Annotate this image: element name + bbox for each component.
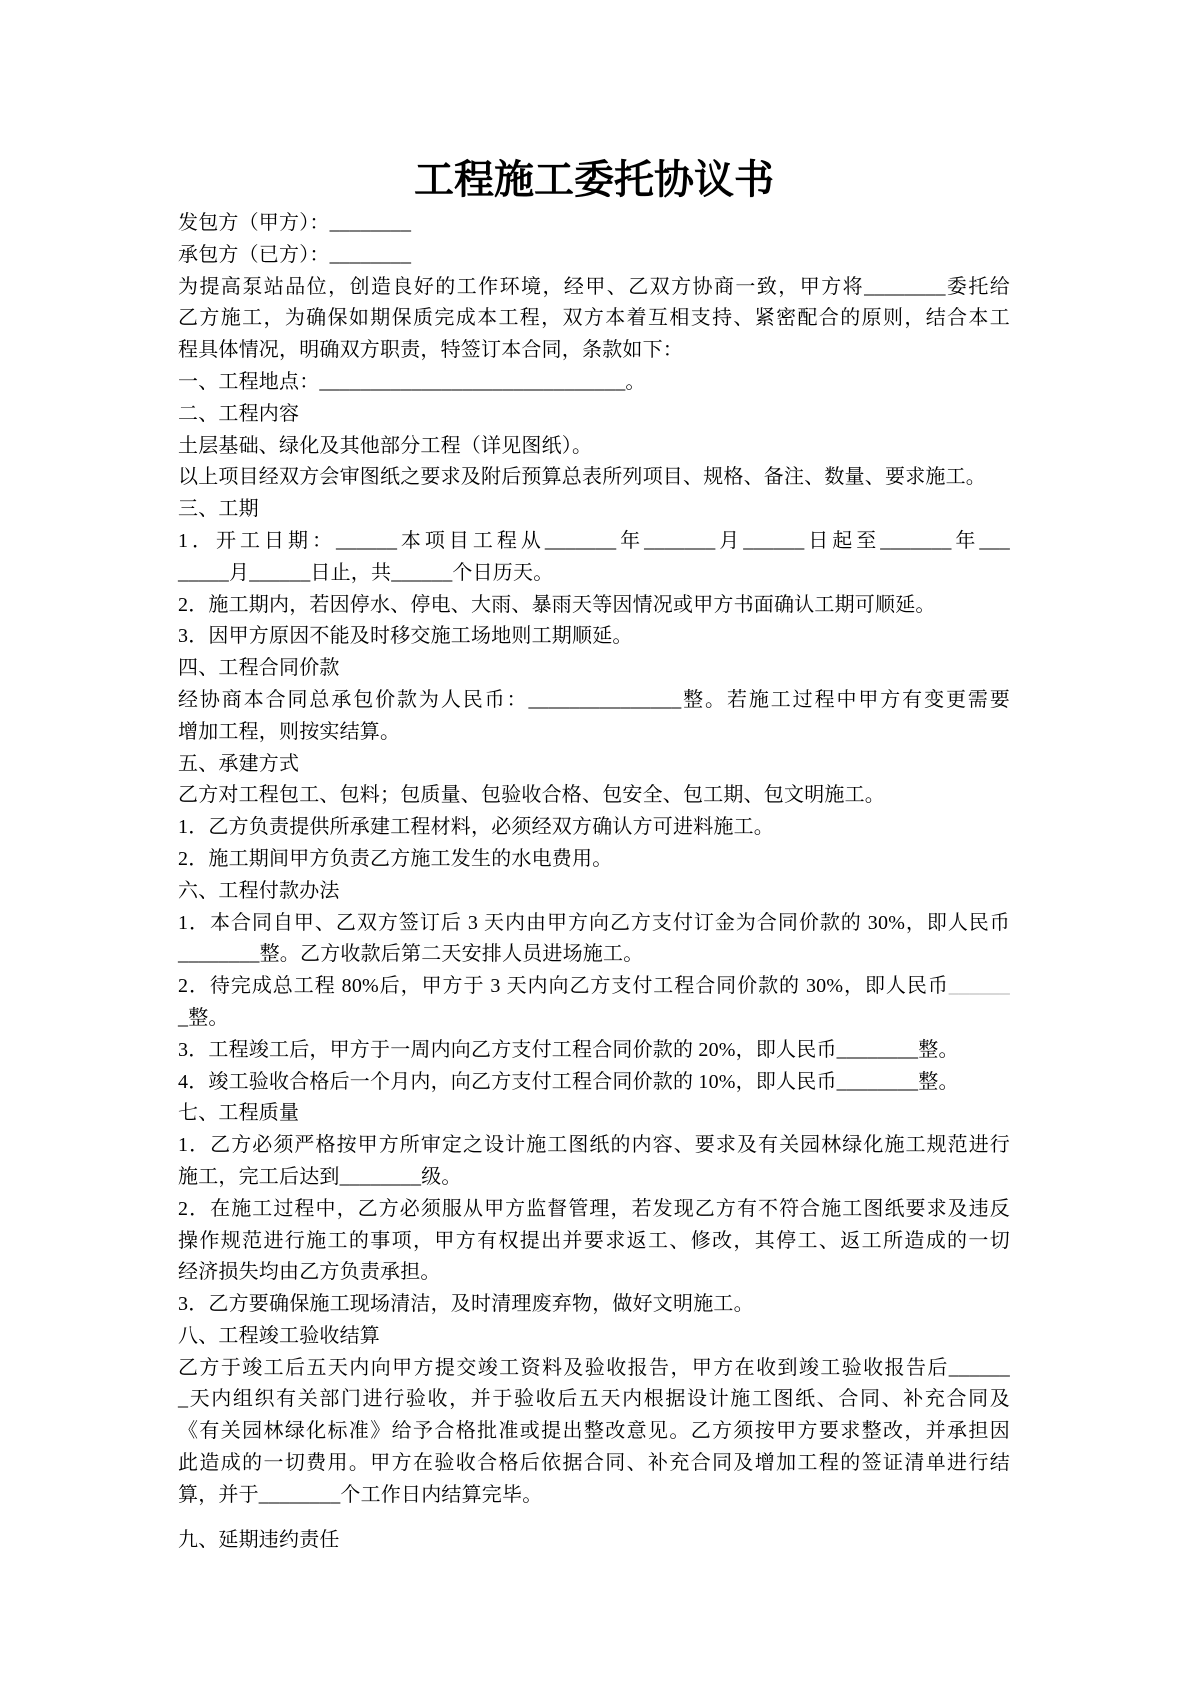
contract-line-text: 经协商本合同总承包价款为人民币：_______________整。若施工过程中甲…: [178, 689, 1010, 711]
contract-line-text: ________整。乙方收款后第二天安排人员进场施工。: [178, 943, 643, 965]
contract-line: 土层基础、绿化及其他部分工程（详见图纸）。: [178, 431, 1010, 463]
contract-line: 增加工程，则按实结算。: [178, 717, 1010, 749]
contract-line: 七、工程质量: [178, 1098, 1010, 1130]
contract-line-text: 《有关园林绿化标准》给予合格批准或提出整改意见。乙方须按甲方要求整改，并承担因: [178, 1420, 1010, 1442]
contract-line-text: _天内组织有关部门进行验收，并于验收后五天内根据设计施工图纸、合同、补充合同及: [178, 1388, 1010, 1410]
contract-line-text: 六、工程付款办法: [178, 880, 340, 902]
contract-line-text: 2．待完成总工程 80%后，甲方于 3 天内向乙方支付工程合同价款的 30%，即…: [178, 975, 949, 997]
contract-line: 程具体情况，明确双方职责，特签订本合同，条款如下：: [178, 335, 1010, 367]
document-page: 工程施工委托协议书 发包方（甲方）：________承包方（已方）：______…: [0, 0, 1190, 1683]
contract-line: ________整。乙方收款后第二天安排人员进场施工。: [178, 939, 1010, 971]
contract-line-text: 1．开工日期：______本项目工程从_______年_______月_____…: [178, 530, 1010, 552]
contract-line-text: 操作规范进行施工的事项，甲方有权提出并要求返工、修改，其停工、返工所造成的一切: [178, 1230, 1010, 1252]
contract-line: _____月______日止，共______个日历天。: [178, 558, 1010, 590]
contract-line-text: 1．本合同自甲、乙双方签订后 3 天内由甲方向乙方支付订金为合同价款的 30%，…: [178, 912, 1010, 934]
contract-line-text: 3．因甲方原因不能及时移交施工场地则工期顺延。: [178, 625, 633, 647]
contract-line: 2．施工期间甲方负责乙方施工发生的水电费用。: [178, 844, 1010, 876]
contract-line-text: 3．乙方要确保施工现场清洁，及时清理废弃物，做好文明施工。: [178, 1293, 754, 1315]
contract-line: 四、工程合同价款: [178, 653, 1010, 685]
contract-line: 一、工程地点：______________________________。: [178, 367, 1010, 399]
contract-line-text: 此造成的一切费用。甲方在验收合格后依据合同、补充合同及增加工程的签证清单进行结: [178, 1452, 1010, 1474]
contract-line: _整。: [178, 1003, 1010, 1035]
contract-line-text: 土层基础、绿化及其他部分工程（详见图纸）。: [178, 435, 592, 457]
contract-line: 1．乙方负责提供所承建工程材料，必须经双方确认方可进料施工。: [178, 812, 1010, 844]
contract-line-text: 为提高泵站品位，创造良好的工作环境，经甲、乙双方协商一致，甲方将________…: [178, 276, 1010, 298]
contract-line-text: 承包方（已方）：________: [178, 244, 411, 266]
contract-line-text: 2．在施工过程中，乙方必须服从甲方监督管理，若发现乙方有不符合施工图纸要求及违反: [178, 1198, 1010, 1220]
contract-line: 九、延期违约责任: [178, 1525, 1010, 1557]
contract-line: 承包方（已方）：________: [178, 240, 1010, 272]
contract-line-text: _整。: [178, 1007, 229, 1029]
contract-line: 3．因甲方原因不能及时移交施工场地则工期顺延。: [178, 621, 1010, 653]
contract-line: 此造成的一切费用。甲方在验收合格后依据合同、补充合同及增加工程的签证清单进行结: [178, 1448, 1010, 1480]
contract-line: 1．本合同自甲、乙双方签订后 3 天内由甲方向乙方支付订金为合同价款的 30%，…: [178, 908, 1010, 940]
contract-line: 2．待完成总工程 80%后，甲方于 3 天内向乙方支付工程合同价款的 30%，即…: [178, 971, 1010, 1003]
contract-line: 五、承建方式: [178, 749, 1010, 781]
contract-line-text: 2．施工期内，若因停水、停电、大雨、暴雨天等因情况或甲方书面确认工期可顺延。: [178, 594, 936, 616]
contract-line-text: 程具体情况，明确双方职责，特签订本合同，条款如下：: [178, 339, 683, 361]
contract-line: 三、工期: [178, 494, 1010, 526]
contract-line: 经济损失均由乙方负责承担。: [178, 1257, 1010, 1289]
contract-line: 1．开工日期：______本项目工程从_______年_______月_____…: [178, 526, 1010, 558]
contract-line-text: 发包方（甲方）：________: [178, 212, 411, 234]
document-body: 发包方（甲方）：________承包方（已方）：________为提高泵站品位，…: [178, 208, 1010, 1556]
contract-line-text: _____月______日止，共______个日历天。: [178, 562, 553, 584]
contract-line: 二、工程内容: [178, 399, 1010, 431]
contract-line: 乙方于竣工后五天内向甲方提交竣工资料及验收报告，甲方在收到竣工验收报告后____…: [178, 1353, 1010, 1385]
contract-line-text: 四、工程合同价款: [178, 657, 340, 679]
contract-line: 施工，完工后达到________级。: [178, 1162, 1010, 1194]
contract-line-text: 乙方于竣工后五天内向甲方提交竣工资料及验收报告，甲方在收到竣工验收报告后____…: [178, 1357, 1010, 1379]
contract-line-text: 算，并于________个工作日内结算完毕。: [178, 1484, 542, 1506]
contract-line: 《有关园林绿化标准》给予合格批准或提出整改意见。乙方须按甲方要求整改，并承担因: [178, 1416, 1010, 1448]
contract-line-text: 1．乙方负责提供所承建工程材料，必须经双方确认方可进料施工。: [178, 816, 774, 838]
contract-line: 4．竣工验收合格后一个月内，向乙方支付工程合同价款的 10%，即人民币_____…: [178, 1067, 1010, 1099]
contract-line: 操作规范进行施工的事项，甲方有权提出并要求返工、修改，其停工、返工所造成的一切: [178, 1226, 1010, 1258]
contract-line-text: 一、工程地点：______________________________。: [178, 371, 646, 393]
document-title: 工程施工委托协议书: [178, 152, 1010, 208]
contract-line-text: 1．乙方必须严格按甲方所审定之设计施工图纸的内容、要求及有关园林绿化施工规范进行: [178, 1134, 1010, 1156]
contract-line-text: 七、工程质量: [178, 1102, 299, 1124]
contract-line-text: 3．工程竣工后，甲方于一周内向乙方支付工程合同价款的 20%，即人民币_____…: [178, 1039, 959, 1061]
contract-line: 3．乙方要确保施工现场清洁，及时清理废弃物，做好文明施工。: [178, 1289, 1010, 1321]
contract-line: 八、工程竣工验收结算: [178, 1321, 1010, 1353]
contract-line-text: 增加工程，则按实结算。: [178, 721, 400, 743]
contract-line-text: 4．竣工验收合格后一个月内，向乙方支付工程合同价款的 10%，即人民币_____…: [178, 1071, 959, 1093]
contract-line: 以上项目经双方会审图纸之要求及附后预算总表所列项目、规格、备注、数量、要求施工。: [178, 462, 1010, 494]
contract-line-text: 2．施工期间甲方负责乙方施工发生的水电费用。: [178, 848, 612, 870]
contract-line: 发包方（甲方）：________: [178, 208, 1010, 240]
contract-line: 1．乙方必须严格按甲方所审定之设计施工图纸的内容、要求及有关园林绿化施工规范进行: [178, 1130, 1010, 1162]
contract-line: 乙方对工程包工、包料；包质量、包验收合格、包安全、包工期、包文明施工。: [178, 780, 1010, 812]
contract-line: 经协商本合同总承包价款为人民币：_______________整。若施工过程中甲…: [178, 685, 1010, 717]
contract-line: 2．在施工过程中，乙方必须服从甲方监督管理，若发现乙方有不符合施工图纸要求及违反: [178, 1194, 1010, 1226]
contract-line: 算，并于________个工作日内结算完毕。: [178, 1480, 1010, 1512]
contract-line-text: 以上项目经双方会审图纸之要求及附后预算总表所列项目、规格、备注、数量、要求施工。: [178, 466, 986, 488]
contract-line-text: 八、工程竣工验收结算: [178, 1325, 380, 1347]
contract-line-text: 二、工程内容: [178, 403, 299, 425]
contract-line: 乙方施工，为确保如期保质完成本工程，双方本着互相支持、紧密配合的原则，结合本工: [178, 303, 1010, 335]
contract-line-text: 九、延期违约责任: [178, 1529, 340, 1551]
contract-line: _天内组织有关部门进行验收，并于验收后五天内根据设计施工图纸、合同、补充合同及: [178, 1384, 1010, 1416]
blank-underline-gray: ______: [949, 975, 1010, 997]
contract-line-text: 施工，完工后达到________级。: [178, 1166, 462, 1188]
contract-line-text: 经济损失均由乙方负责承担。: [178, 1261, 441, 1283]
contract-line-text: 乙方对工程包工、包料；包质量、包验收合格、包安全、包工期、包文明施工。: [178, 784, 885, 806]
contract-line: 3．工程竣工后，甲方于一周内向乙方支付工程合同价款的 20%，即人民币_____…: [178, 1035, 1010, 1067]
document-content: 工程施工委托协议书 发包方（甲方）：________承包方（已方）：______…: [0, 0, 1190, 1556]
contract-line: 为提高泵站品位，创造良好的工作环境，经甲、乙双方协商一致，甲方将________…: [178, 272, 1010, 304]
contract-line: 2．施工期内，若因停水、停电、大雨、暴雨天等因情况或甲方书面确认工期可顺延。: [178, 590, 1010, 622]
contract-line-text: 五、承建方式: [178, 753, 299, 775]
contract-line: 六、工程付款办法: [178, 876, 1010, 908]
contract-line-text: 乙方施工，为确保如期保质完成本工程，双方本着互相支持、紧密配合的原则，结合本工: [178, 307, 1010, 329]
contract-line-text: 三、工期: [178, 498, 259, 520]
